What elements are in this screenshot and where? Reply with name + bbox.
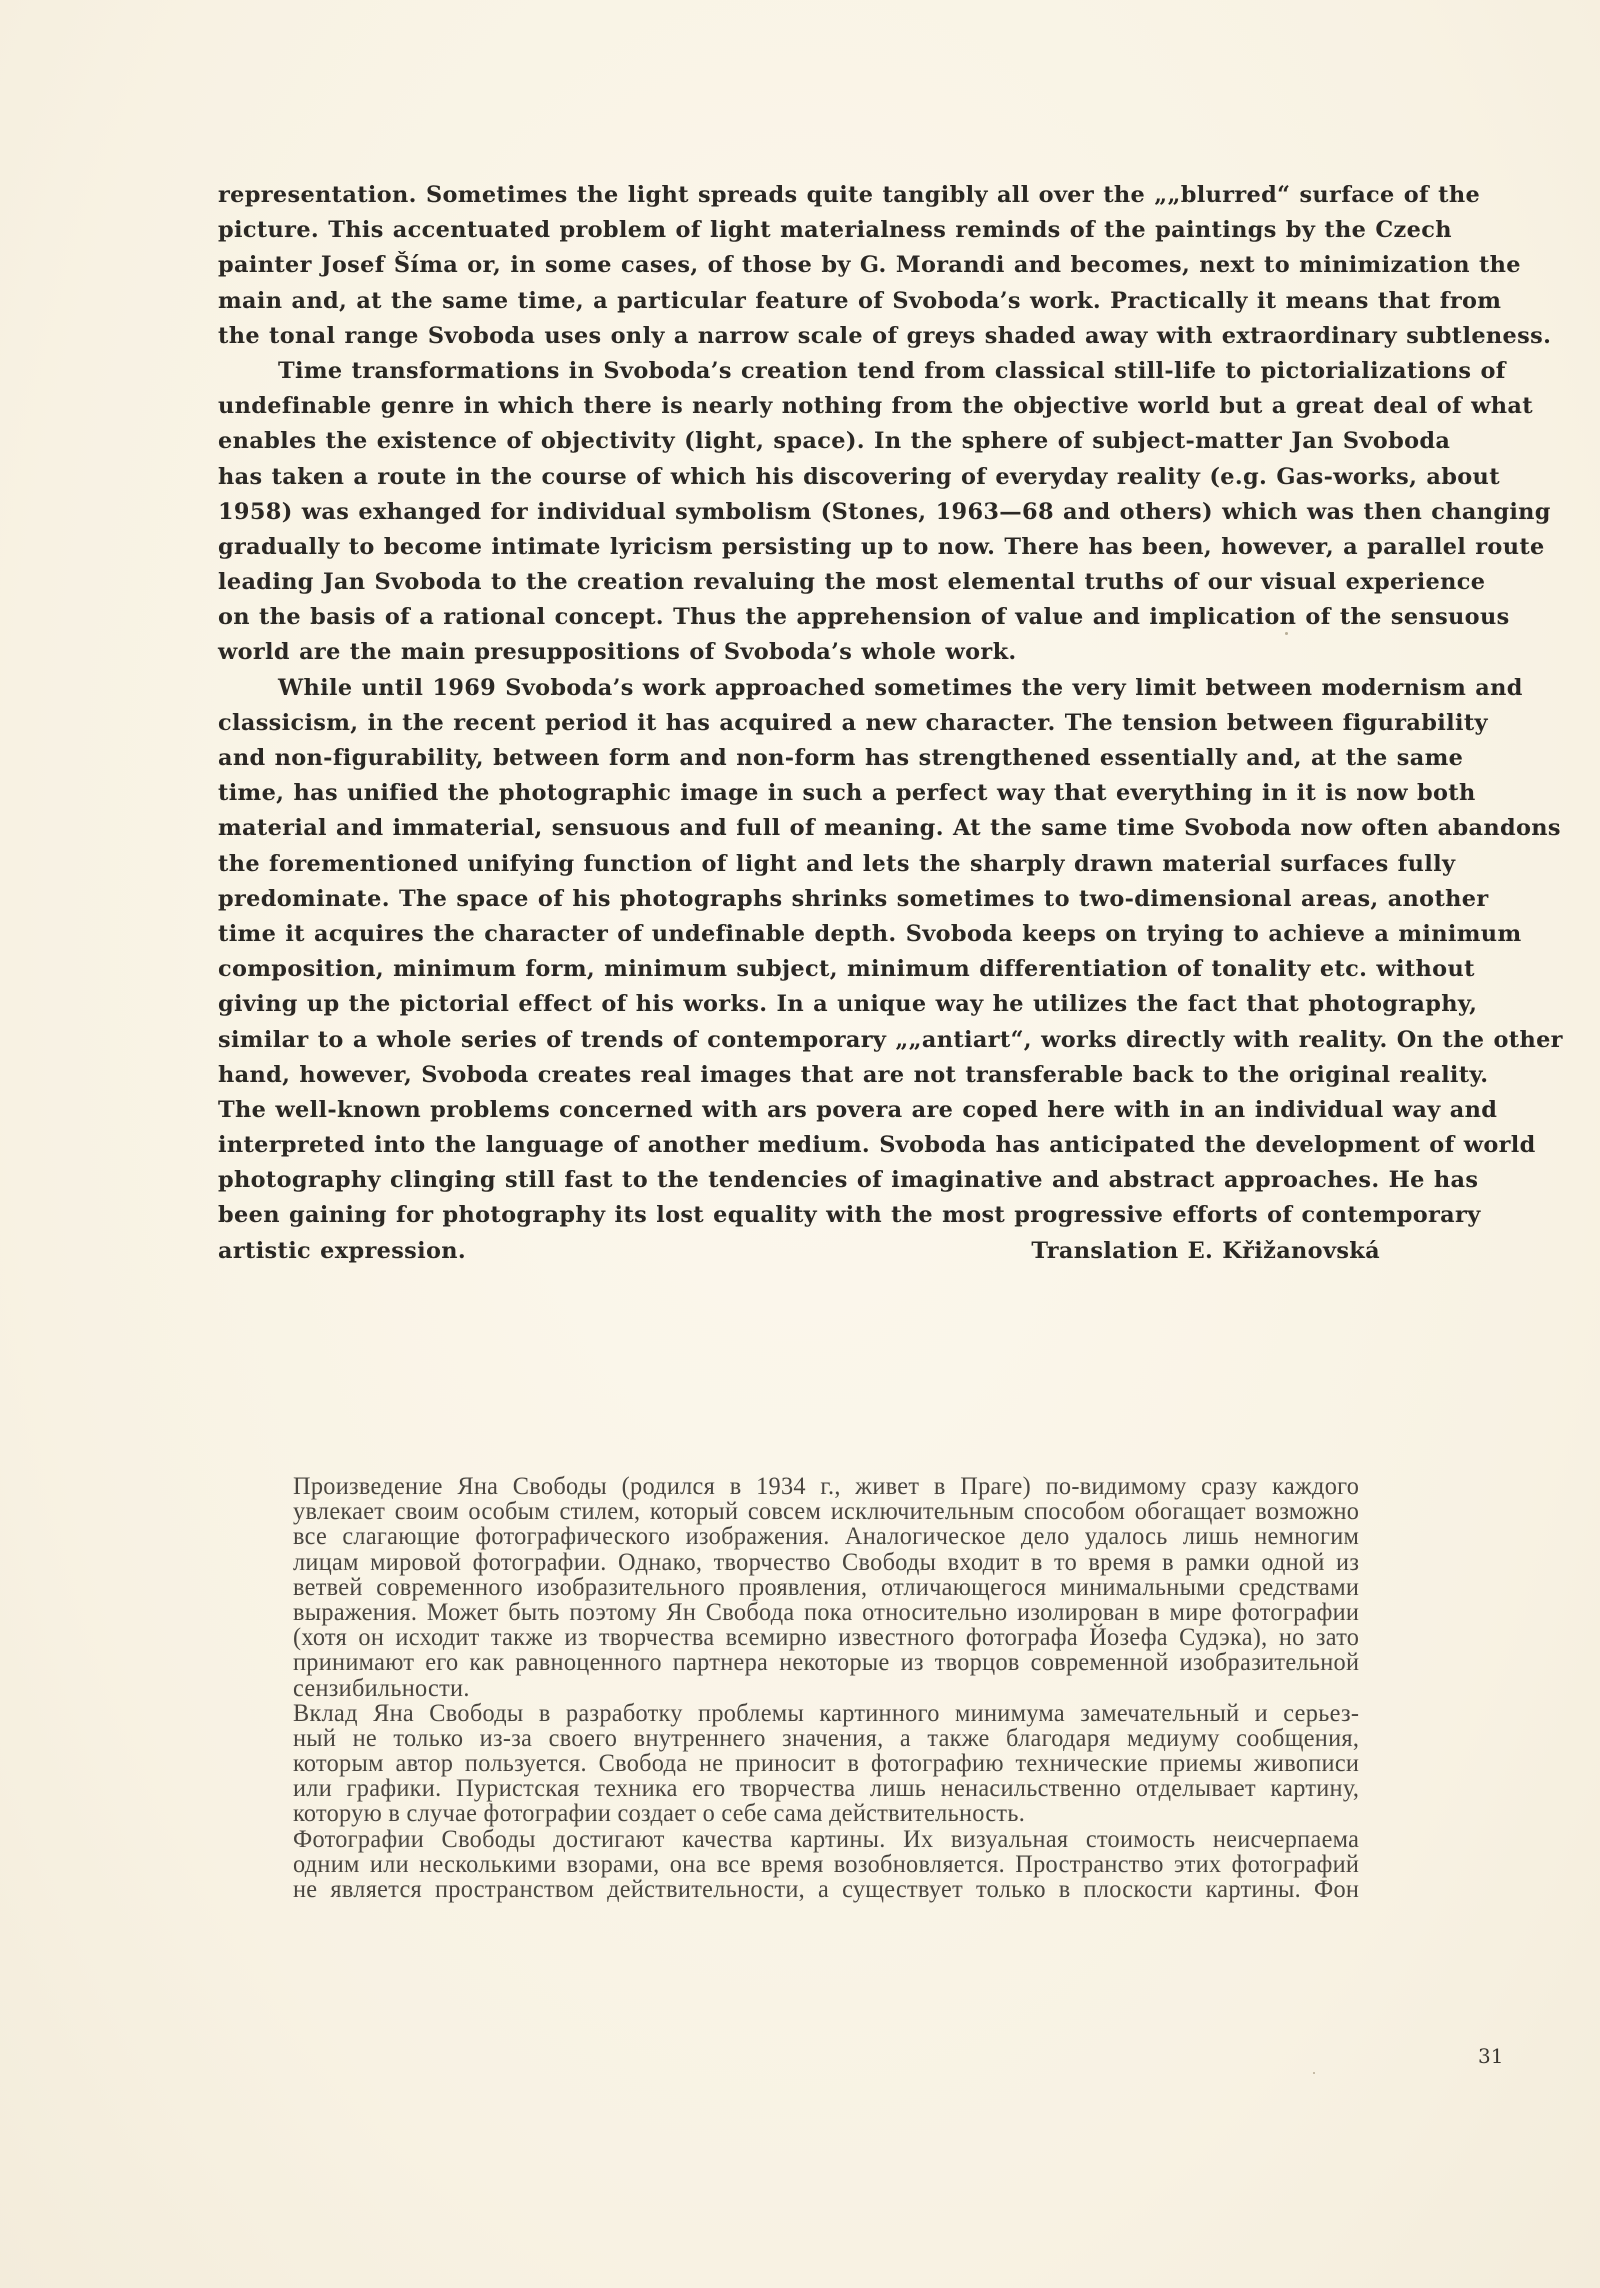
text-line: composition, minimum form, minimum subje…	[218, 952, 1380, 987]
text-line: giving up the pictorial effect of his wo…	[218, 987, 1380, 1022]
text-line: увлекает своим особым стилем, который со…	[293, 1499, 1359, 1524]
text-line: не является пространством действительнос…	[293, 1877, 1359, 1902]
page-number: 31	[1478, 2044, 1503, 2068]
text-line: ный не только из-за своего внутреннего з…	[293, 1726, 1359, 1751]
text-line: все слагающие фотографического изображен…	[293, 1524, 1359, 1549]
text-line: которую в случае фотографии создает о се…	[293, 1801, 1359, 1826]
text-line: similar to a whole series of trends of c…	[218, 1023, 1380, 1058]
text-line: the tonal range Svoboda uses only a narr…	[218, 319, 1380, 354]
text-line: 1958) was exhanged for individual symbol…	[218, 495, 1380, 530]
text-line: painter Josef Šíma or, in some cases, of…	[218, 248, 1380, 283]
text-line: the forementioned unifying function of l…	[218, 847, 1380, 882]
text-line: The well-known problems concerned with a…	[218, 1093, 1380, 1128]
text-line: enables the existence of objectivity (li…	[218, 424, 1380, 459]
text-line: time, has unified the photographic image…	[218, 776, 1380, 811]
text-line: принимают его как равноценного партнера …	[293, 1650, 1359, 1675]
text-line: которым автор пользуется. Свобода не при…	[293, 1751, 1359, 1776]
paper-speck	[1313, 2072, 1315, 2074]
text-line: classicism, in the recent period it has …	[218, 706, 1380, 741]
text-line: сензибильности.	[293, 1676, 1359, 1701]
book-page: representation. Sometimes the light spre…	[0, 0, 1600, 2288]
english-text-block: representation. Sometimes the light spre…	[218, 178, 1380, 1269]
text-line: material and immaterial, sensuous and fu…	[218, 811, 1380, 846]
text-line: interpreted into the language of another…	[218, 1128, 1380, 1163]
text-line: world are the main presuppositions of Sv…	[218, 635, 1380, 670]
text-line: predominate. The space of his photograph…	[218, 882, 1380, 917]
russian-text-block: Произведение Яна Свободы (родился в 1934…	[293, 1474, 1381, 1902]
translation-credit: Translation E. Křižanovská	[1031, 1234, 1380, 1269]
text-line: Произведение Яна Свободы (родился в 1934…	[293, 1474, 1359, 1499]
text-line: has taken a route in the course of which…	[218, 460, 1380, 495]
text-line: одним или несколькими взорами, она все в…	[293, 1852, 1359, 1877]
text-line: gradually to become intimate lyricism pe…	[218, 530, 1380, 565]
text-line: and non-figurability, between form and n…	[218, 741, 1380, 776]
final-line-text: artistic expression.	[218, 1234, 466, 1269]
text-line: (хотя он исходит также из творчества все…	[293, 1625, 1359, 1650]
text-line: representation. Sometimes the light spre…	[218, 178, 1380, 213]
text-line: лицам мировой фотографии. Однако, творче…	[293, 1550, 1359, 1575]
text-line: on the basis of a rational concept. Thus…	[218, 600, 1380, 635]
text-line: undefinable genre in which there is near…	[218, 389, 1380, 424]
paragraph-start-line: Time transformations in Svoboda’s creati…	[218, 354, 1380, 389]
text-line: leading Jan Svoboda to the creation reva…	[218, 565, 1380, 600]
text-line: time it acquires the character of undefi…	[218, 917, 1380, 952]
text-line: hand, however, Svoboda creates real imag…	[218, 1058, 1380, 1093]
text-line: ветвей современного изобразительного про…	[293, 1575, 1359, 1600]
text-line: been gaining for photography its lost eq…	[218, 1198, 1380, 1233]
paragraph-start-line: Фотографии Свободы достигают качества ка…	[293, 1827, 1359, 1852]
text-line: или графики. Пуристская техника его твор…	[293, 1776, 1359, 1801]
text-line: выражения. Может быть поэтому Ян Свобода…	[293, 1600, 1359, 1625]
paper-speck	[1285, 632, 1288, 635]
text-line: main and, at the same time, a particular…	[218, 284, 1380, 319]
text-line: picture. This accentuated problem of lig…	[218, 213, 1380, 248]
text-line: photography clinging still fast to the t…	[218, 1163, 1380, 1198]
paragraph-start-line: While until 1969 Svoboda’s work approach…	[218, 671, 1380, 706]
paragraph-start-line: Вклад Яна Свободы в разработку проблемы …	[293, 1701, 1359, 1726]
final-line: artistic expression. Translation E. Křiž…	[218, 1234, 1380, 1269]
